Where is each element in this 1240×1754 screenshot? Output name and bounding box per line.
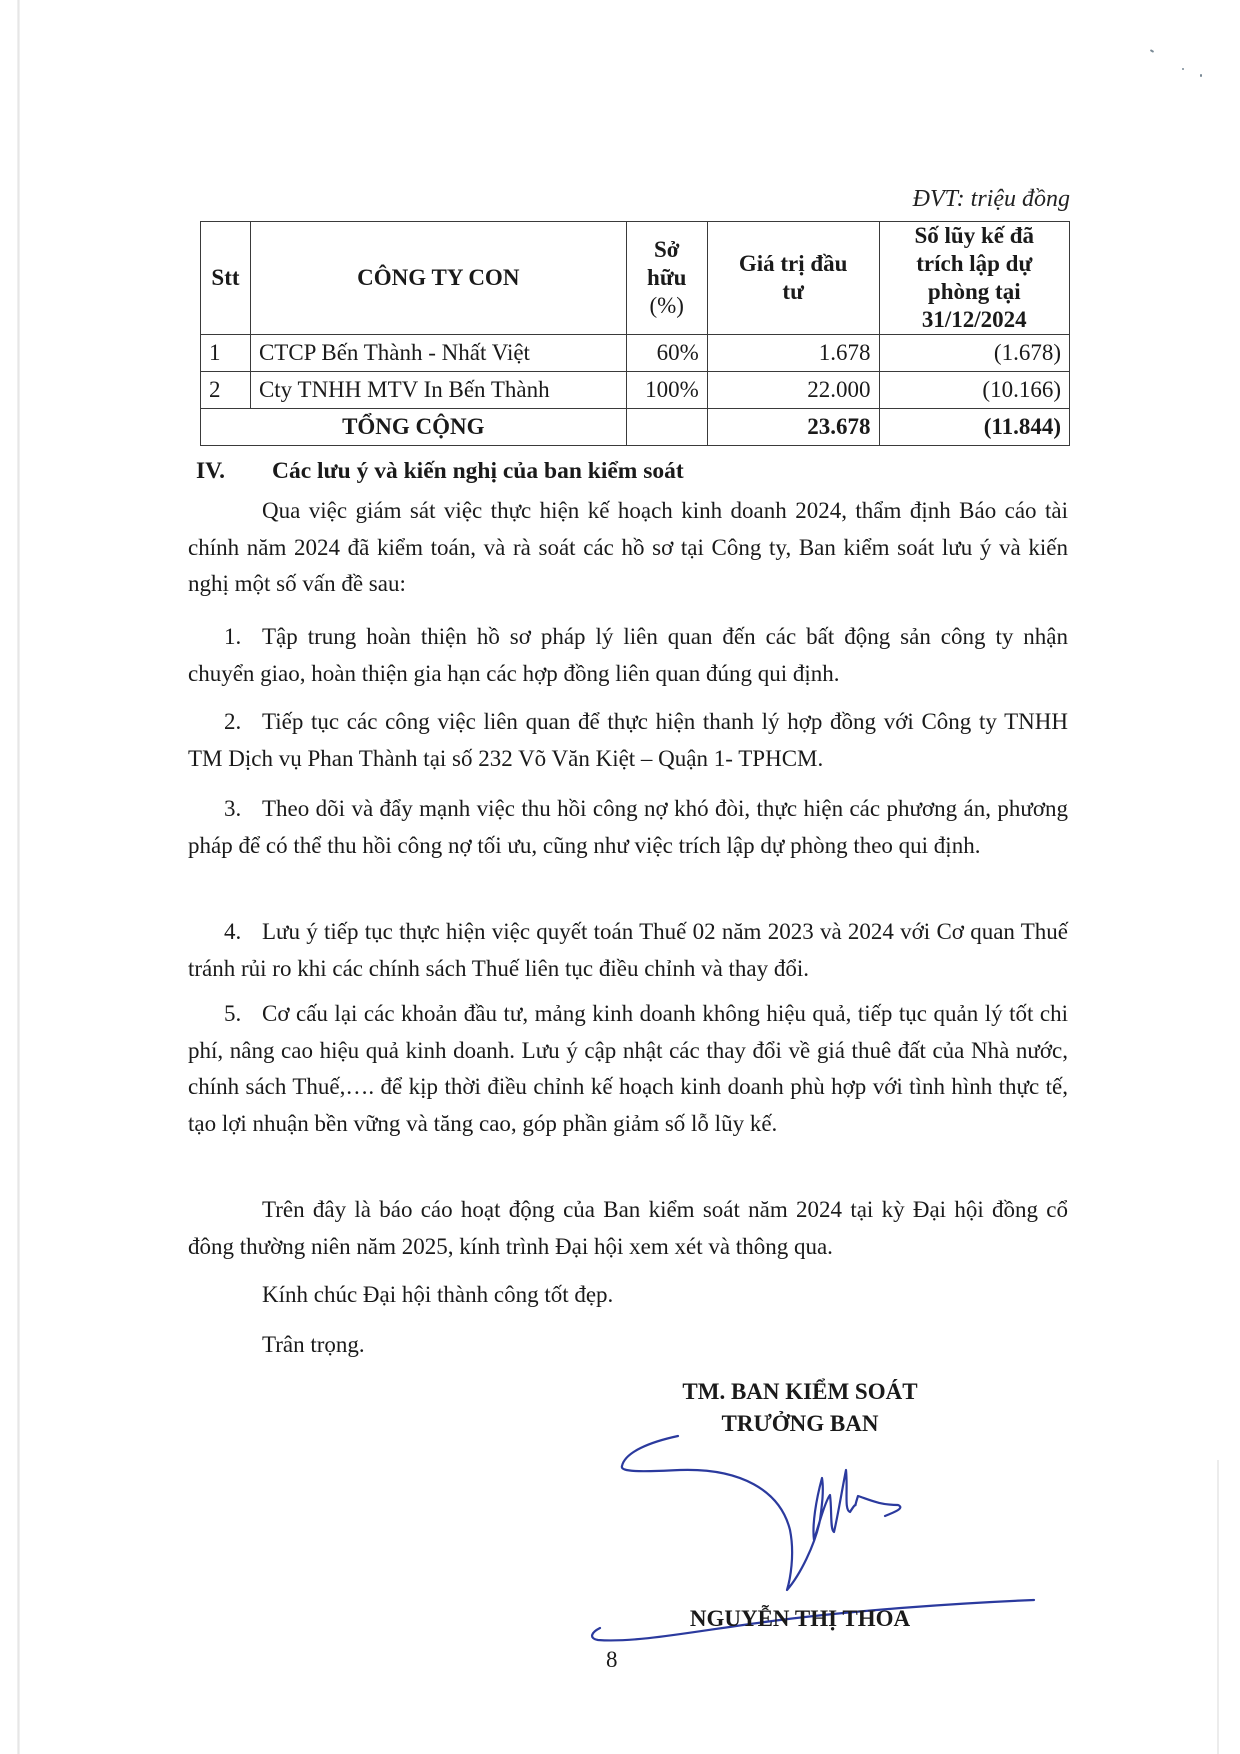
table-row: 1 CTCP Bến Thành - Nhất Việt 60% 1.678 (… xyxy=(201,335,1070,372)
header-provision-line: Số lũy kế đã xyxy=(884,222,1065,250)
cell-company: CTCP Bến Thành - Nhất Việt xyxy=(250,335,626,372)
list-item: 4.Lưu ý tiếp tục thực hiện việc quyết to… xyxy=(188,914,1068,987)
intro-text: Qua việc giám sát việc thực hiện kế hoạc… xyxy=(188,498,1068,596)
item-text: Theo dõi và đẩy mạnh việc thu hồi công n… xyxy=(188,796,1068,858)
cell-investment: 1.678 xyxy=(707,335,879,372)
item-text: Lưu ý tiếp tục thực hiện việc quyết toán… xyxy=(188,919,1068,981)
signatory-name: NGUYỄN THỊ THOA xyxy=(640,1606,960,1632)
list-item: 1.Tập trung hoàn thiện hồ sơ pháp lý liê… xyxy=(188,619,1068,692)
header-company: CÔNG TY CON xyxy=(250,222,626,335)
cell-stt: 2 xyxy=(201,372,251,409)
scan-speck xyxy=(1182,68,1184,70)
scan-speck xyxy=(1200,74,1202,77)
scan-edge-left xyxy=(17,0,20,1754)
unit-note: ĐVT: triệu đồng xyxy=(913,186,1070,213)
intro-paragraph: Qua việc giám sát việc thực hiện kế hoạc… xyxy=(188,493,1068,603)
list-item: 2.Tiếp tục các công việc liên quan để th… xyxy=(188,704,1068,777)
item-number: 1. xyxy=(224,619,262,656)
item-number: 4. xyxy=(224,914,262,951)
page-number: 8 xyxy=(606,1647,618,1673)
cell-ownership: 60% xyxy=(626,335,707,372)
table-total-row: TỔNG CỘNG 23.678 (11.844) xyxy=(201,409,1070,446)
signature-title-line: TRƯỞNG BAN xyxy=(640,1411,960,1437)
total-investment: 23.678 xyxy=(707,409,879,446)
closing-text: Trên đây là báo cáo hoạt động của Ban ki… xyxy=(188,1197,1068,1259)
item-text: Tập trung hoàn thiện hồ sơ pháp lý liên … xyxy=(188,624,1068,686)
section-heading: IV.Các lưu ý và kiến nghị của ban kiểm s… xyxy=(196,458,684,485)
header-provision: Số lũy kế đã trích lập dự phòng tại 31/1… xyxy=(879,222,1069,335)
scan-speck xyxy=(1150,49,1154,53)
header-provision-line: 31/12/2024 xyxy=(884,306,1065,334)
subsidiaries-table: Stt CÔNG TY CON Sở hữu (%) Giá trị đầu t… xyxy=(200,221,1070,446)
cell-provision: (10.166) xyxy=(879,372,1069,409)
list-item: 5.Cơ cấu lại các khoản đầu tư, mảng kinh… xyxy=(188,996,1068,1142)
header-investment: Giá trị đầu tư xyxy=(707,222,879,335)
header-ownership-line: hữu xyxy=(631,264,703,292)
header-ownership-line: Sở xyxy=(631,236,703,264)
cell-stt: 1 xyxy=(201,335,251,372)
scan-edge-right xyxy=(1217,1460,1219,1754)
section-number: IV. xyxy=(196,458,272,485)
signature-org-line: TM. BAN KIỂM SOÁT xyxy=(640,1379,960,1405)
regards-line: Trân trọng. xyxy=(188,1327,1068,1364)
item-number: 5. xyxy=(224,996,262,1033)
header-stt: Stt xyxy=(201,222,251,335)
list-item: 3.Theo dõi và đẩy mạnh việc thu hồi công… xyxy=(188,791,1068,864)
total-label: TỔNG CỘNG xyxy=(201,409,627,446)
item-number: 2. xyxy=(224,704,262,741)
section-title: Các lưu ý và kiến nghị của ban kiểm soát xyxy=(272,458,684,484)
item-text: Cơ cấu lại các khoản đầu tư, mảng kinh d… xyxy=(188,1001,1068,1136)
header-investment-line: Giá trị đầu xyxy=(712,250,875,278)
item-number: 3. xyxy=(224,791,262,828)
table-row: 2 Cty TNHH MTV In Bến Thành 100% 22.000 … xyxy=(201,372,1070,409)
header-provision-line: phòng tại xyxy=(884,278,1065,306)
wish-text: Kính chúc Đại hội thành công tốt đẹp. xyxy=(262,1282,613,1307)
cell-company: Cty TNHH MTV In Bến Thành xyxy=(250,372,626,409)
wish-line: Kính chúc Đại hội thành công tốt đẹp. xyxy=(188,1277,1068,1314)
header-provision-line: trích lập dự xyxy=(884,250,1065,278)
cell-provision: (1.678) xyxy=(879,335,1069,372)
total-provision: (11.844) xyxy=(879,409,1069,446)
regards-text: Trân trọng. xyxy=(262,1332,365,1357)
cell-ownership: 100% xyxy=(626,372,707,409)
cell-investment: 22.000 xyxy=(707,372,879,409)
total-ownership xyxy=(626,409,707,446)
table-header-row: Stt CÔNG TY CON Sở hữu (%) Giá trị đầu t… xyxy=(201,222,1070,335)
header-company-label: CÔNG TY CON xyxy=(357,265,519,290)
item-text: Tiếp tục các công việc liên quan để thực… xyxy=(188,709,1068,771)
closing-paragraph: Trên đây là báo cáo hoạt động của Ban ki… xyxy=(188,1192,1068,1265)
header-investment-line: tư xyxy=(712,278,875,306)
header-ownership-line: (%) xyxy=(631,292,703,320)
header-ownership: Sở hữu (%) xyxy=(626,222,707,335)
